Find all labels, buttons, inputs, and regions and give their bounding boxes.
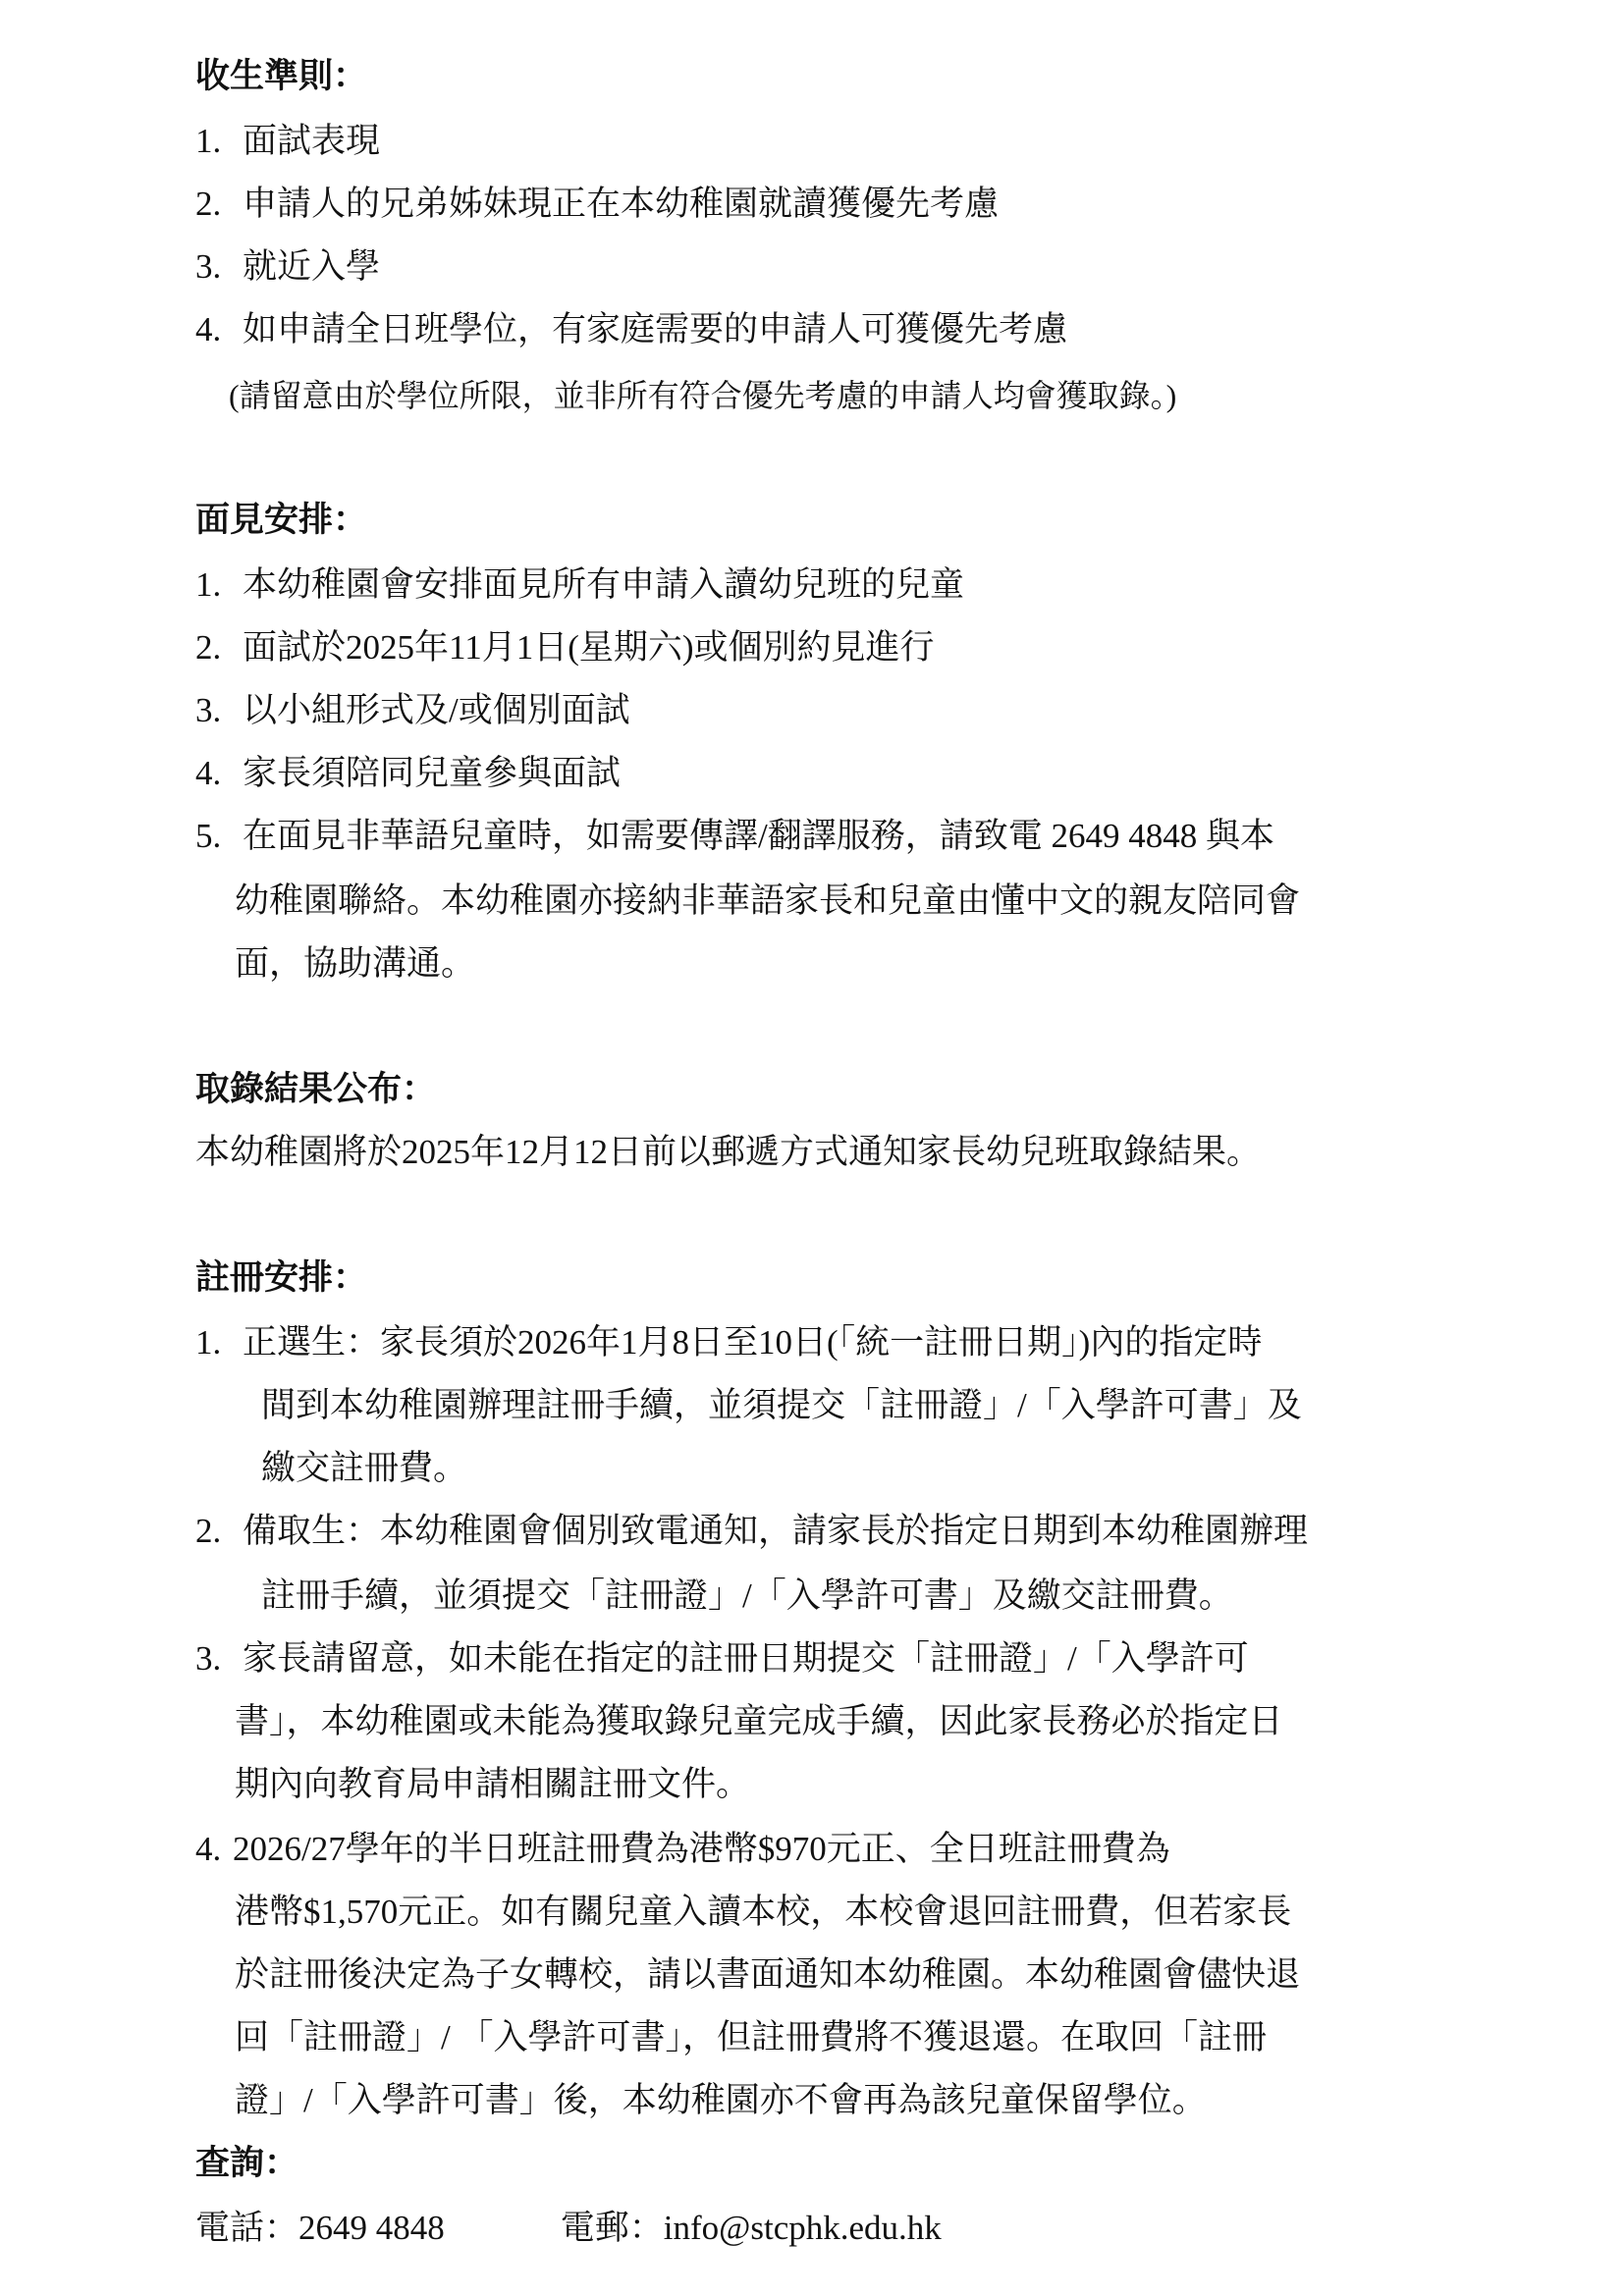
registration-item: 3.家長請留意，如未能在指定的註冊日期提交「註冊證」/「入學許可 — [195, 1637, 1249, 1681]
item-text: 正選生：家長須於2026年1月8日至10日(「統一註冊日期」)內的指定時 — [243, 1323, 1262, 1362]
enquiry-heading: 查詢： — [195, 2142, 298, 2185]
item-number: 3. — [195, 689, 243, 732]
item-number: 3. — [195, 245, 243, 289]
registration-item-continuation: 間到本幼稚園辦理註冊手續，並須提交「註冊證」/「入學許可書」及 — [261, 1384, 1302, 1427]
item-text: 本幼稚園會安排面見所有申請入讀幼兒班的兒童 — [243, 565, 964, 604]
item-text: 就近入學 — [243, 247, 380, 286]
registration-item-continuation: 繳交註冊費。 — [261, 1447, 467, 1490]
results-text: 本幼稚園將於2025年12月12日前以郵遞方式通知家長幼兒班取錄結果。 — [195, 1131, 1261, 1174]
item-text: 申請人的兄弟姊妹現正在本幼稚園就讀獲優先考慮 — [243, 185, 999, 223]
item-number: 2. — [195, 1510, 243, 1553]
item-text: 以小組形式及/或個別面試 — [243, 691, 630, 729]
item-number: 2. — [195, 626, 243, 669]
interview-item-continuation: 面，協助溝通。 — [235, 942, 475, 986]
item-text: 家長須陪同兒童參與面試 — [243, 754, 621, 792]
item-text: 如申請全日班學位，有家庭需要的申請人可獲優先考慮 — [243, 310, 1067, 348]
admission-criteria-heading: 收生準則： — [195, 55, 367, 98]
criteria-item: 1.面試表現 — [195, 120, 380, 163]
item-text: 面試於2025年11月1日(星期六)或個別約見進行 — [243, 628, 935, 667]
interview-item: 1.本幼稚園會安排面見所有申請入讀幼兒班的兒童 — [195, 563, 964, 607]
item-number: 1. — [195, 1321, 243, 1364]
registration-heading: 註冊安排： — [195, 1256, 367, 1300]
phone-label: 電話： — [195, 2209, 298, 2247]
interview-item: 3.以小組形式及/或個別面試 — [195, 689, 630, 732]
enquiry-contact: 電話：2649 4848電郵：info@stcphk.edu.hk — [195, 2207, 942, 2250]
item-text: 面試表現 — [243, 122, 380, 160]
email-label: 電郵： — [561, 2209, 664, 2247]
item-number: 1. — [195, 563, 243, 607]
interview-item-continuation: 幼稚園聯絡。本幼稚園亦接納非華語家長和兒童由懂中文的親友陪同會 — [235, 880, 1300, 923]
phone-number[interactable]: 2649 4848 — [298, 2209, 445, 2247]
email-address[interactable]: info@stcphk.edu.hk — [664, 2209, 942, 2247]
registration-item-continuation: 書」，本幼稚園或未能為獲取錄兒童完成手續，因此家長務必於指定日 — [235, 1700, 1283, 1743]
item-number: 4. — [195, 752, 243, 795]
interview-heading: 面見安排： — [195, 499, 367, 542]
item-number: 5. — [195, 815, 243, 858]
registration-item-continuation: 港幣$1,570元正。如有關兒童入讀本校，本校會退回註冊費，但若家長 — [235, 1891, 1291, 1934]
item-number: 3. — [195, 1637, 243, 1681]
registration-item-continuation: 證」/「入學許可書」後，本幼稚園亦不會再為該兒童保留學位。 — [235, 2079, 1207, 2122]
interview-item: 4.家長須陪同兒童參與面試 — [195, 752, 621, 795]
item-number: 4. — [195, 308, 243, 351]
criteria-item: 4.如申請全日班學位，有家庭需要的申請人可獲優先考慮 — [195, 308, 1067, 351]
item-number: 4. — [195, 1828, 233, 1871]
item-text: 備取生：本幼稚園會個別致電通知，請家長於指定日期到本幼稚園辦理 — [243, 1512, 1308, 1550]
item-text: 在面見非華語兒童時，如需要傳譯/翻譯服務，請致電 2649 4848 與本 — [243, 817, 1274, 855]
interview-item: 5.在面見非華語兒童時，如需要傳譯/翻譯服務，請致電 2649 4848 與本 — [195, 815, 1274, 858]
registration-item-continuation: 期內向教育局申請相關註冊文件。 — [235, 1763, 750, 1806]
criteria-item: 3.就近入學 — [195, 245, 380, 289]
registration-item-continuation: 於註冊後決定為子女轉校，請以書面通知本幼稚園。本幼稚園會儘快退 — [235, 1953, 1300, 1997]
registration-item-continuation: 註冊手續，並須提交「註冊證」/「入學許可書」及繳交註冊費。 — [261, 1575, 1233, 1618]
item-text: 2026/27學年的半日班註冊費為港幣$970元正、全日班註冊費為 — [233, 1830, 1170, 1868]
criteria-item: 2.申請人的兄弟姊妹現正在本幼稚園就讀獲優先考慮 — [195, 183, 999, 226]
item-number: 1. — [195, 120, 243, 163]
item-text: 家長請留意，如未能在指定的註冊日期提交「註冊證」/「入學許可 — [243, 1639, 1249, 1678]
results-heading: 取錄結果公布： — [195, 1068, 436, 1111]
criteria-note: (請留意由於學位所限，並非所有符合優先考慮的申請人均會獲取錄。) — [229, 374, 1176, 417]
registration-item: 4.2026/27學年的半日班註冊費為港幣$970元正、全日班註冊費為 — [195, 1828, 1170, 1871]
registration-item: 2.備取生：本幼稚園會個別致電通知，請家長於指定日期到本幼稚園辦理 — [195, 1510, 1308, 1553]
interview-item: 2.面試於2025年11月1日(星期六)或個別約見進行 — [195, 626, 935, 669]
registration-item: 1.正選生：家長須於2026年1月8日至10日(「統一註冊日期」)內的指定時 — [195, 1321, 1262, 1364]
registration-item-continuation: 回「註冊證」/ 「入學許可書」，但註冊費將不獲退還。在取回「註冊 — [235, 2016, 1267, 2059]
item-number: 2. — [195, 183, 243, 226]
